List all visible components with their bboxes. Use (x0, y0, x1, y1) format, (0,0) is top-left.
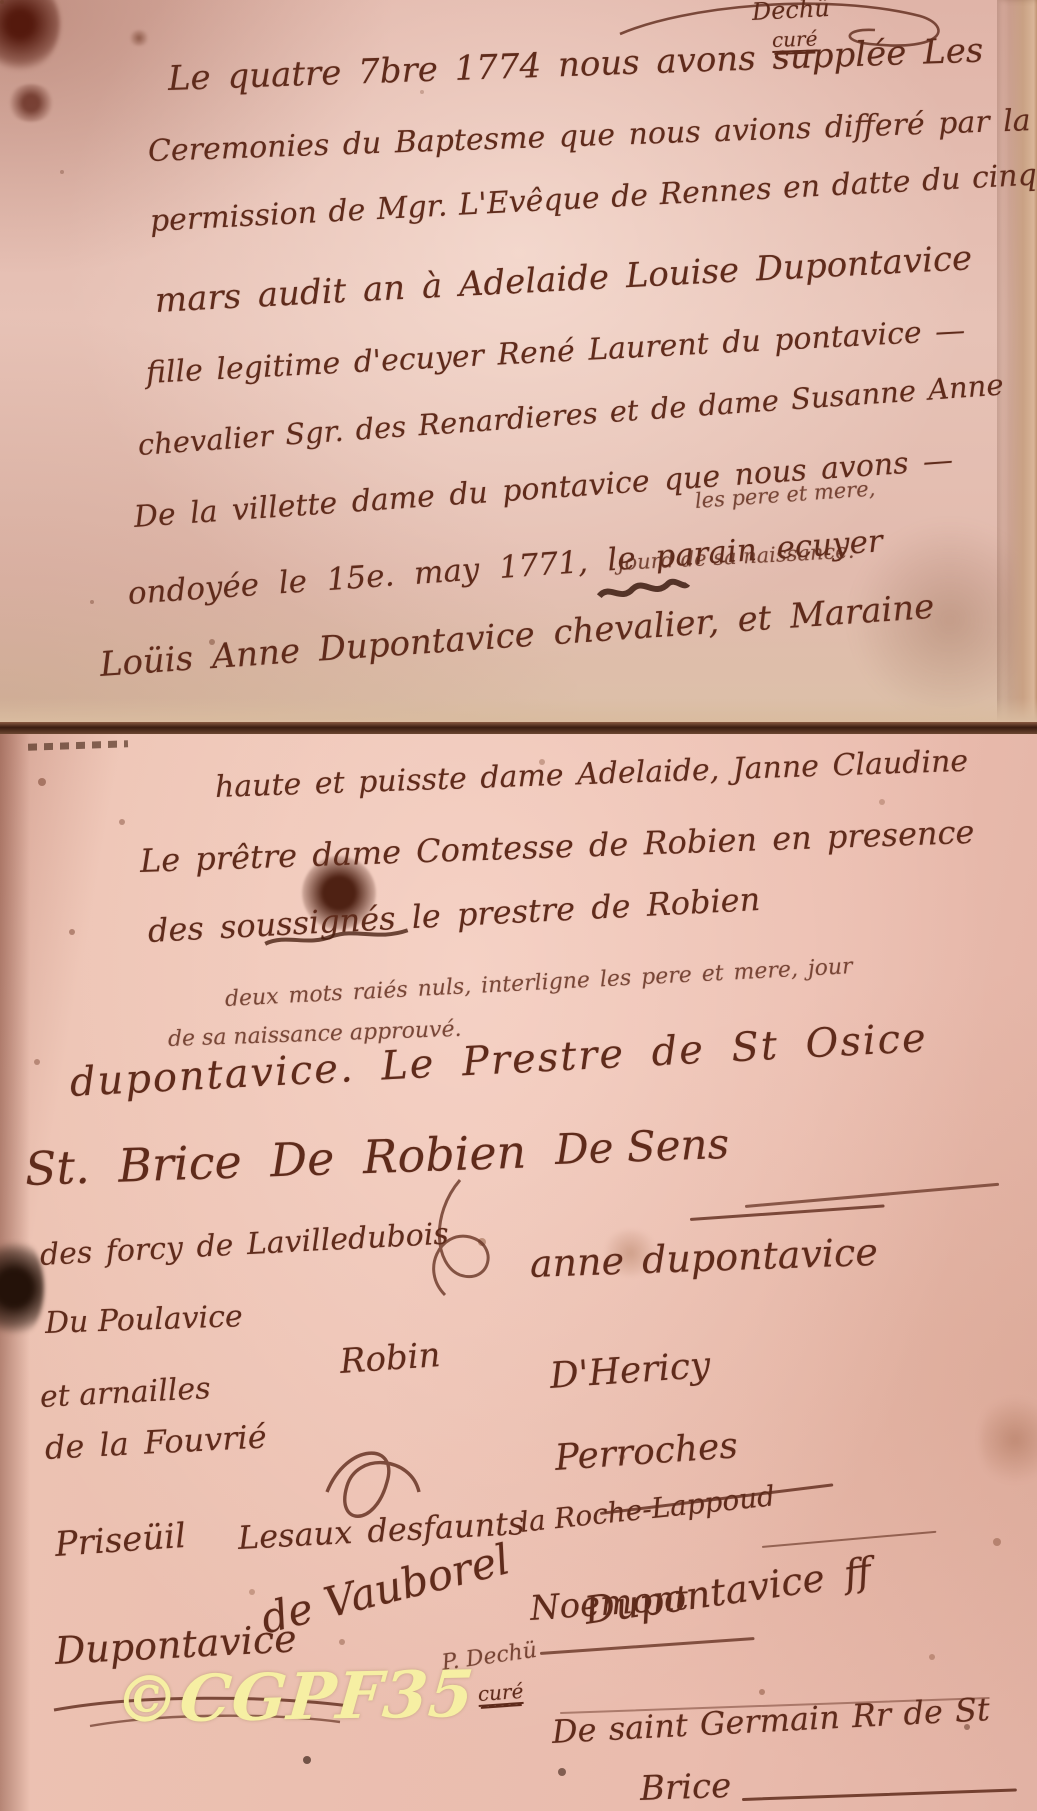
curate-note: Dechü (751, 0, 830, 25)
watermark: ©CGPF35 (112, 1657, 478, 1738)
ink-stain (128, 30, 150, 46)
pen-flourish (400, 1175, 520, 1305)
manuscript-scan: Dechü curé Le quatre 7bre 1774 nous avon… (0, 0, 1037, 1811)
manuscript-line: Ceremonies du Baptesme que nous avions d… (147, 105, 1031, 167)
ink-stain (0, 0, 60, 72)
paper-speckles (0, 0, 4, 4)
signature: De Sens (554, 1122, 730, 1172)
page-top: Dechü curé Le quatre 7bre 1774 nous avon… (0, 0, 1037, 722)
manuscript-line: mars audit an à Adelaide Louise Dupontav… (154, 241, 973, 319)
ink-stain (6, 84, 56, 122)
signature: Robin (339, 1338, 442, 1381)
manuscript-line: permission de Mgr. L'Evêque de Rennes en… (149, 160, 1037, 238)
curate-note: curé (477, 1681, 524, 1707)
scan-junction (0, 722, 1037, 734)
signature: Brice (639, 1769, 731, 1808)
signature: Priseüil (54, 1519, 187, 1564)
signature: Du Poulavice (44, 1301, 243, 1339)
manuscript-line: Le quatre 7bre 1774 nous avons supplée L… (167, 34, 984, 98)
